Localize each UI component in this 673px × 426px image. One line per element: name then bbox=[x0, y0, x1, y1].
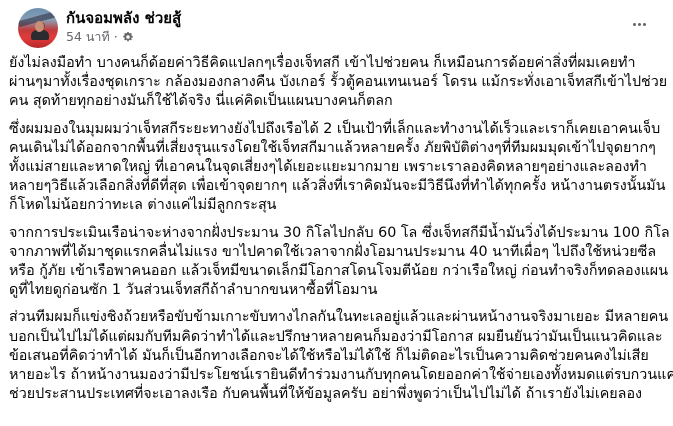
more-options-button[interactable] bbox=[627, 14, 651, 34]
more-options-icon bbox=[643, 23, 646, 26]
post-header: กันจอมพลัง ช่วยสู้ 54 นาที · bbox=[9, 0, 665, 52]
text-line: หลายๆวิธีแล้วเลือกสิ่งที่ดีที่สุด เพื่อเ… bbox=[9, 177, 665, 196]
text-line: ยังไม่ลงมือทำ บางคนก็ด้อยค่าวิธีคิดแปลกๆ… bbox=[9, 54, 665, 73]
text-line: ก็โหดไม่น้อยกว่าทะเล ต่างแค่ไม่มีลูกกระส… bbox=[9, 196, 665, 215]
text-line: คน สุดท้ายทุกอย่างมันก็ใช้ได้จริง นี่แค่… bbox=[9, 92, 665, 111]
text-line: ข้อเสนอที่คิดว่าทำได้ มันก็เป็นอีกทางเลื… bbox=[9, 347, 665, 366]
post-body: ยังไม่ลงมือทำ บางคนก็ด้อยค่าวิธีคิดแปลกๆ… bbox=[9, 54, 665, 404]
text-line: หายอะไร ถ้าหน้างานมองว่ามีประโยชน์เรายิน… bbox=[9, 366, 665, 385]
post-timestamp[interactable]: 54 นาที bbox=[66, 29, 110, 45]
avatar-decoration bbox=[35, 21, 44, 32]
text-line: คนเดินไม่ได้ออกจากพื้นที่เสี่ยงรุนแรงโดย… bbox=[9, 139, 665, 158]
post-paragraph: ซึ่งผมมองในมุมผมว่าเจ็ทสกีระยะทางยังไปถึ… bbox=[9, 120, 665, 216]
gear-icon[interactable] bbox=[122, 31, 134, 43]
author-name[interactable]: กันจอมพลัง ช่วยสู้ bbox=[66, 9, 181, 27]
text-line: ซึ่งผมมองในมุมผมว่าเจ็ทสกีระยะทางยังไปถึ… bbox=[9, 120, 665, 139]
meta-separator: · bbox=[114, 29, 118, 45]
text-line: จากการประเมินเรือน่าจะห่างจากฝั่งประมาน … bbox=[9, 224, 665, 243]
post-meta: 54 นาที · bbox=[66, 29, 134, 45]
more-options-icon bbox=[633, 23, 636, 26]
text-line: หรือ กู้ภัย เข้าเรือพาคนออก แล้วเจ็ทมีขน… bbox=[9, 262, 665, 281]
text-line: ดูที่ไทยดูก่อนซัก 1 วันส่วนเจ็ทสกีถ้าลำบ… bbox=[9, 281, 665, 300]
text-line: บอกเป็นไปไม่ได้แต่ผมกับทีมคิดว่าทำได้และ… bbox=[9, 328, 665, 347]
facebook-post: กันจอมพลัง ช่วยสู้ 54 นาที · ยังไม่ลงมือ… bbox=[0, 0, 673, 426]
post-paragraph: ยังไม่ลงมือทำ บางคนก็ด้อยค่าวิธีคิดแปลกๆ… bbox=[9, 54, 665, 112]
post-paragraph: จากการประเมินเรือน่าจะห่างจากฝั่งประมาน … bbox=[9, 224, 665, 301]
text-line: ช่วยประสานประเทศที่จะเอาลงเรือ กับคนพื้น… bbox=[9, 385, 665, 404]
text-line: จากภาพที่ได้มาชุดแรกคลื่นไม่แรง ขาไปคาดใ… bbox=[9, 243, 665, 262]
post-paragraph: ส่วนทีมผมก็แข่งชิงถ้วยหรือขับข้ามเกาะขับ… bbox=[9, 308, 665, 404]
more-options-icon bbox=[638, 23, 641, 26]
text-line: ผ่านๆมาทั้งเรื่องชุดเกราะ กล้องมองกลางคื… bbox=[9, 73, 665, 92]
text-line: ทั้งแม่สายและหาดใหญ่ ที่เอาคนในจุดเสี่ยง… bbox=[9, 158, 665, 177]
text-line: ส่วนทีมผมก็แข่งชิงถ้วยหรือขับข้ามเกาะขับ… bbox=[9, 308, 665, 327]
avatar[interactable] bbox=[18, 8, 58, 48]
